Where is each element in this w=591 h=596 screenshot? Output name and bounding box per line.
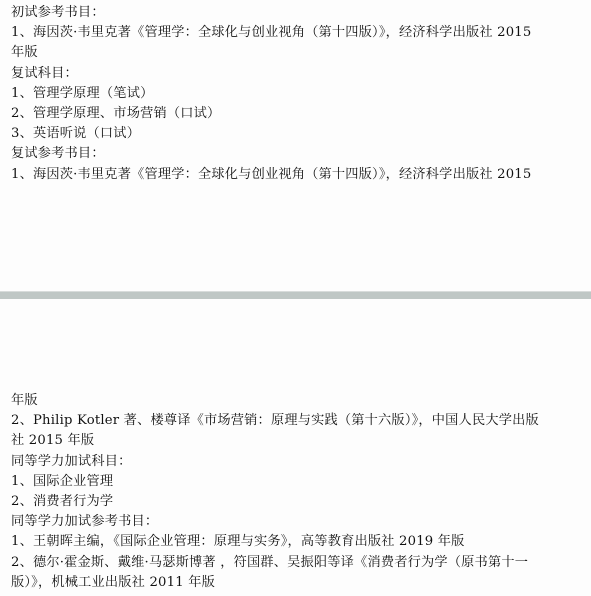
subject-entry-line: 1、国际企业管理 <box>11 472 591 492</box>
subject-entry-line: 2、消费者行为学 <box>11 492 591 512</box>
book-entry-line: 年版 <box>11 391 591 411</box>
page-top-text: 初试参考书目： 1、海因茨·韦里克著《管理学：全球化与创业视角（第十四版）》，经… <box>11 3 591 185</box>
book-entry-line: 社 2015 年版 <box>11 431 591 451</box>
heading-equivalent-extra-subjects: 同等学力加试科目： <box>11 452 591 472</box>
subject-entry-line: 3、英语听说（口试） <box>11 124 591 144</box>
page-bottom-text: 年版 2、Philip Kotler 著、楼尊译《市场营销：原理与实践（第十六版… <box>11 391 591 593</box>
book-entry-line: 1、海因茨·韦里克著《管理学：全球化与创业视角（第十四版）》，经济科学出版社 2… <box>11 165 591 185</box>
subject-entry-line: 1、管理学原理（笔试） <box>11 84 591 104</box>
subject-entry-line: 2、管理学原理、市场营销（口试） <box>11 104 591 124</box>
book-entry-line: 2、德尔·霍金斯、戴维·马瑟斯博著 ，符国群、吴振阳等译《消费者行为学（原书第十… <box>11 553 591 573</box>
heading-equivalent-extra-books: 同等学力加试参考书目： <box>11 512 591 532</box>
heading-retest-subjects: 复试科目： <box>11 64 591 84</box>
heading-retest-books: 复试参考书目： <box>11 144 591 164</box>
page-break-divider <box>0 291 591 299</box>
book-entry-line: 2、Philip Kotler 著、楼尊译《市场营销：原理与实践（第十六版）》，… <box>11 411 591 431</box>
book-entry-line: 版）》，机械工业出版社 2011 年版 <box>11 573 591 593</box>
book-entry-line: 1、王朝晖主编，《国际企业管理：原理与实务》，高等教育出版社 2019 年版 <box>11 532 591 552</box>
book-entry-line: 年版 <box>11 43 591 63</box>
document-page-top: 初试参考书目： 1、海因茨·韦里克著《管理学：全球化与创业视角（第十四版）》，经… <box>0 0 591 291</box>
heading-initial-exam-books: 初试参考书目： <box>11 3 591 23</box>
book-entry-line: 1、海因茨·韦里克著《管理学：全球化与创业视角（第十四版）》，经济科学出版社 2… <box>11 23 591 43</box>
document-page-bottom: 年版 2、Philip Kotler 著、楼尊译《市场营销：原理与实践（第十六版… <box>0 299 591 596</box>
